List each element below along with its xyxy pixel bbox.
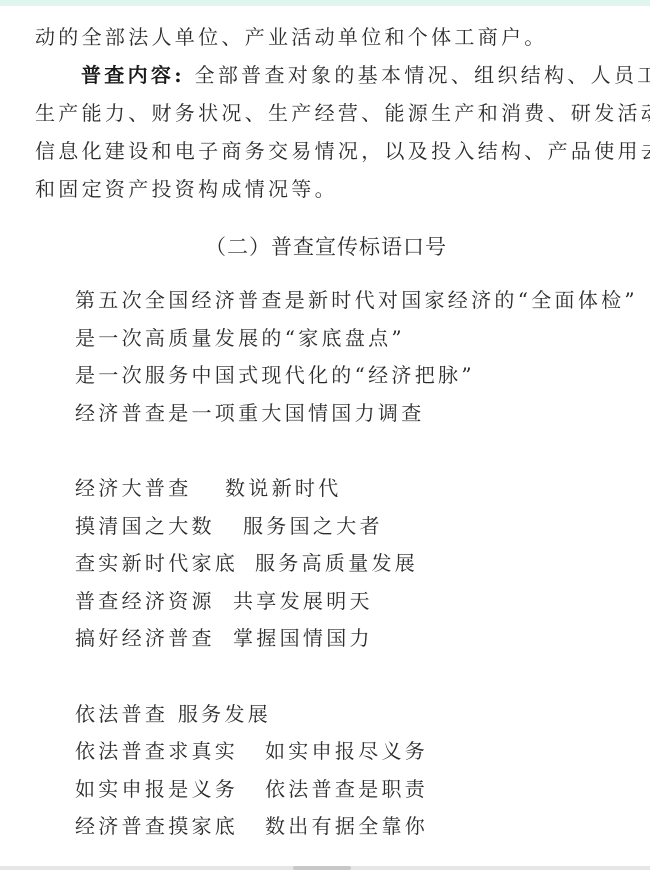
slogan-group-3: 依法普查 服务发展 依法普查求真实 如实申报尽义务 如实申报是义务 依法普查是职… — [75, 696, 617, 846]
slogan-left: 摸清国之大数 — [75, 508, 243, 546]
slogan-left: 如实申报是义务 — [75, 771, 265, 809]
slogan-group-1: 第五次全国经济普查是新时代对国家经济的“全面体检” 是一次高质量发展的“家底盘点… — [75, 282, 617, 432]
census-content-paragraph: 普查内容: 全部普查对象的基本情况、组织结构、人员工资、 生产能力、财务状况、生… — [35, 56, 617, 208]
slogan-left: 查实新时代家底 — [75, 545, 255, 583]
slogan-pair: 摸清国之大数 服务国之大者 — [75, 508, 617, 546]
census-content-line: 信息化建设和电子商务交易情况，以及投入结构、产品使用去向 — [35, 132, 617, 170]
horizontal-scrollbar-thumb[interactable] — [293, 866, 351, 870]
census-content-label: 普查内容: — [81, 63, 185, 87]
slogan-pair: 依法普查求真实 如实申报尽义务 — [75, 733, 617, 771]
slogan-right: 依法普查是职责 — [265, 771, 428, 809]
slogan-pair: 经济大普查 数说新时代 — [75, 470, 617, 508]
slogan-right: 数说新时代 — [225, 470, 342, 508]
slogan-left: 经济大普查 — [75, 470, 225, 508]
slogan-pair: 搞好经济普查 掌握国情国力 — [75, 620, 617, 658]
slogan-group-2: 经济大普查 数说新时代 摸清国之大数 服务国之大者 查实新时代家底 服务高质量发… — [75, 470, 617, 658]
slogan-left: 依法普查求真实 — [75, 733, 265, 771]
slogan-pair: 如实申报是义务 依法普查是职责 — [75, 771, 617, 809]
slogan-line: 第五次全国经济普查是新时代对国家经济的“全面体检” — [75, 282, 617, 320]
slogan-right: 服务国之大者 — [243, 508, 383, 546]
census-content-line: 和固定资产投资构成情况等。 — [35, 170, 617, 208]
slogan-pair: 查实新时代家底 服务高质量发展 — [75, 545, 617, 583]
slogans-section: 第五次全国经济普查是新时代对国家经济的“全面体检” 是一次高质量发展的“家底盘点… — [35, 282, 617, 846]
slogan-right: 数出有据全靠你 — [265, 808, 428, 846]
intro-continuation-line: 动的全部法人单位、产业活动单位和个体工商户。 — [35, 18, 617, 56]
slogan-right: 如实申报尽义务 — [265, 733, 428, 771]
section-heading: （二）普查宣传标语口号 — [35, 232, 617, 262]
census-content-line: 生产能力、财务状况、生产经营、能源生产和消费、研发活动、 — [35, 94, 617, 132]
census-content-first-line: 普查内容: 全部普查对象的基本情况、组织结构、人员工资、 — [35, 56, 617, 94]
group-spacer — [75, 432, 617, 470]
slogan-right: 共享发展明天 — [233, 583, 373, 621]
document-page: 动的全部法人单位、产业活动单位和个体工商户。 普查内容: 全部普查对象的基本情况… — [35, 18, 617, 846]
slogan-left: 普查经济资源 — [75, 583, 233, 621]
slogan-line: 经济普查是一项重大国情国力调查 — [75, 395, 617, 433]
top-band — [0, 0, 650, 6]
census-content-text: 全部普查对象的基本情况、组织结构、人员工资、 — [185, 63, 650, 87]
group-spacer — [75, 658, 617, 696]
intro-continuation-paragraph: 动的全部法人单位、产业活动单位和个体工商户。 — [35, 18, 617, 56]
slogan-left: 经济普查摸家底 — [75, 808, 265, 846]
slogan-pair: 经济普查摸家底 数出有据全靠你 — [75, 808, 617, 846]
slogan-pair: 普查经济资源 共享发展明天 — [75, 583, 617, 621]
slogan-left: 搞好经济普查 — [75, 620, 233, 658]
slogan-line: 是一次服务中国式现代化的“经济把脉” — [75, 357, 617, 395]
slogan-right: 服务高质量发展 — [255, 545, 418, 583]
slogan-line: 依法普查 服务发展 — [75, 696, 617, 734]
slogan-line: 是一次高质量发展的“家底盘点” — [75, 320, 617, 358]
slogan-right: 掌握国情国力 — [233, 620, 373, 658]
